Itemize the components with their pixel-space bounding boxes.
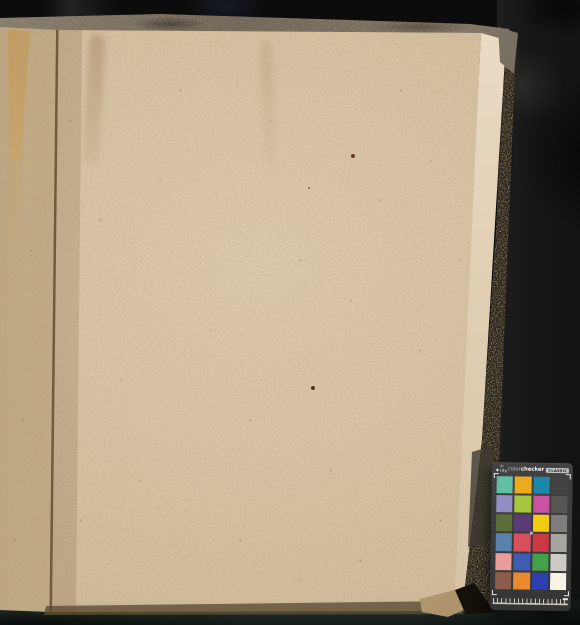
- digitized-book-photo: ◆ x-rite colorchecker CLASSIC: [0, 0, 580, 625]
- swatch-red: [532, 534, 549, 551]
- colorchecker-title-bold: checker: [521, 466, 545, 472]
- xrite-brand-text: x-rite: [500, 465, 508, 474]
- swatch-cyan: [533, 477, 550, 494]
- swatch-purplish-blue: [514, 553, 531, 570]
- colorchecker-title-light: color: [508, 466, 521, 472]
- swatch-moderate-red: [514, 534, 531, 551]
- swatch-orange-yellow: [515, 476, 532, 493]
- swatch-dark-skin: [495, 572, 512, 589]
- crop-mark: [564, 591, 569, 596]
- swatch-blue: [532, 572, 549, 589]
- colorchecker-header: ◆ x-rite colorchecker CLASSIC: [496, 465, 569, 475]
- xrite-logo-icon: ◆: [496, 468, 499, 472]
- stain-spot: [311, 386, 315, 390]
- swatch-white: [550, 573, 567, 590]
- classic-badge: CLASSIC: [546, 467, 569, 473]
- swatch-foliage: [496, 514, 513, 531]
- swatch-orange: [513, 572, 530, 589]
- swatch-blue-flower: [496, 495, 513, 512]
- swatch-neutral-3-5: [551, 496, 568, 513]
- swatch-neutral-5: [551, 515, 568, 532]
- swatch-light-skin: [495, 553, 512, 570]
- colorchecker-title: colorchecker: [508, 467, 545, 473]
- swatch-yellow-green: [514, 496, 531, 513]
- stain-spot: [351, 154, 355, 158]
- crop-mark: [492, 590, 497, 595]
- swatch-green: [532, 553, 549, 570]
- swatch-neutral-6-5: [550, 534, 567, 551]
- swatch-blue-sky: [496, 534, 513, 551]
- swatch-neutral-8: [550, 554, 567, 571]
- swatch-black: [551, 477, 568, 494]
- swatch-magenta: [533, 496, 550, 513]
- swatch-yellow: [532, 515, 549, 532]
- stain-spot: [308, 187, 310, 189]
- ruler-strip: [493, 598, 568, 605]
- swatch-purple: [514, 515, 531, 532]
- paper-specks: [0, 0, 1, 1]
- registration-dot: [530, 532, 533, 535]
- colorchecker-card: ◆ x-rite colorchecker CLASSIC: [490, 462, 573, 611]
- swatch-bluish-green: [497, 476, 514, 493]
